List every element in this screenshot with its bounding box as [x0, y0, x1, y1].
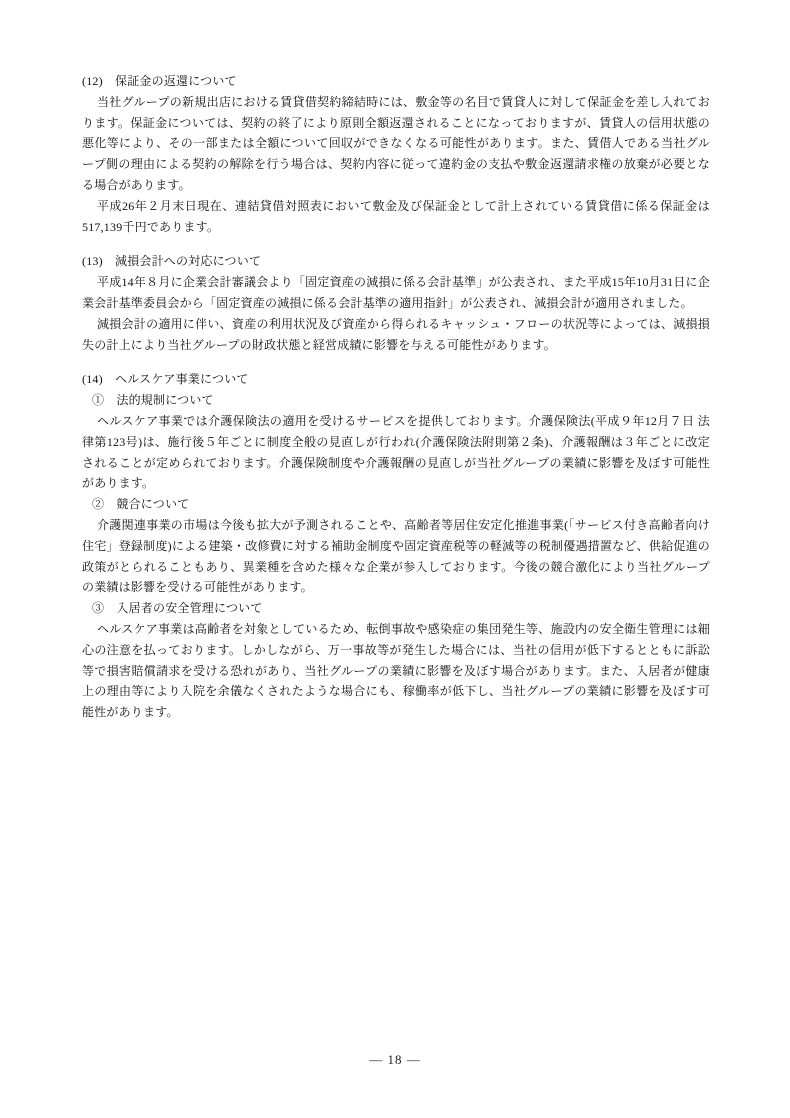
text-line: 律第123号)は、施行後５年ごとに制度全般の見直しが行われ(介護保険法附則第２条…	[82, 432, 710, 453]
text-line: ヘルスケア事業は高齢者を対象としているため、転倒事故や感染症の集団発生等、施設内…	[82, 619, 710, 640]
text-line: 等で損害賠償請求を受ける恐れがあり、当社グループの業績に影響を及ぼす場合がありま…	[82, 661, 710, 682]
text-line: 平成26年２月末日現在、連結貸借対照表において敷金及び保証金として計上されている…	[82, 196, 710, 217]
text-line: 業会計基準委員会から「固定資産の減損に係る会計基準の適用指針」が公表され、減損会…	[82, 293, 710, 314]
text-line: の業績は影響を受ける可能性があります。	[82, 577, 710, 598]
page-number: — 18 —	[369, 1052, 421, 1067]
sub-heading: ① 法的規制について	[82, 390, 710, 411]
text-line: ヘルスケア事業では介護保険法の適用を受けるサービスを提供しております。介護保険法…	[82, 411, 710, 432]
text-line: があります。	[82, 473, 710, 494]
section-heading: (13) 減損会計への対応について	[82, 251, 710, 272]
section-heading: (14) ヘルスケア事業について	[82, 369, 710, 390]
text-line: 当社グループの新規出店における賃貸借契約締結時には、敷金等の名目で賃貸人に対して…	[82, 92, 710, 113]
text-line: 517,139千円であります。	[82, 217, 710, 238]
section-heading: (12) 保証金の返還について	[82, 71, 710, 92]
sub-heading: ③ 入居者の安全管理について	[82, 598, 710, 619]
section-14: (14) ヘルスケア事業について① 法的規制についてヘルスケア事業では介護保険法…	[82, 369, 710, 723]
page-footer: — 18 —	[0, 1052, 790, 1068]
text-line: 上の理由等により入院を余儀なくされたような場合にも、稼働率が低下し、当社グループ…	[82, 681, 710, 702]
text-line: 減損会計の適用に伴い、資産の利用状況及び資産から得られるキャッシュ・フローの状況…	[82, 314, 710, 335]
text-line: 平成14年８月に企業会計審議会より「固定資産の減損に係る会計基準」が公表され、ま…	[82, 272, 710, 293]
text-line: る場合があります。	[82, 175, 710, 196]
section-13: (13) 減損会計への対応について平成14年８月に企業会計審議会より「固定資産の…	[82, 251, 710, 355]
text-line: ープ側の理由による契約の解除を行う場合は、契約内容に従って違約金の支払や敷金返還…	[82, 154, 710, 175]
text-line: 悪化等により、その一部または全額について回収ができなくなる可能性があります。また…	[82, 133, 710, 154]
sub-heading: ② 競合について	[82, 494, 710, 515]
text-line: ります。保証金については、契約の終了により原則全額返還されることになっております…	[82, 113, 710, 134]
text-line: されることが定められております。介護保険制度や介護報酬の見直しが当社グループの業…	[82, 453, 710, 474]
document-page: (12) 保証金の返還について当社グループの新規出店における賃貸借契約締結時には…	[0, 0, 790, 1118]
section-12: (12) 保証金の返還について当社グループの新規出店における賃貸借契約締結時には…	[82, 71, 710, 237]
text-line: 住宅」登録制度)による建築・改修費に対する補助金制度や固定資産税等の軽減等の税制…	[82, 536, 710, 557]
document-body: (12) 保証金の返還について当社グループの新規出店における賃貸借契約締結時には…	[82, 71, 710, 723]
text-line: 失の計上により当社グループの財政状態と経営成績に影響を与える可能性があります。	[82, 335, 710, 356]
text-line: 能性があります。	[82, 702, 710, 723]
text-line: 介護関連事業の市場は今後も拡大が予測されることや、高齢者等居住安定化推進事業(「…	[82, 515, 710, 536]
text-line: 政策がとられることもあり、異業種を含めた様々な企業が参入しております。今後の競合…	[82, 557, 710, 578]
text-line: 心の注意を払っております。しかしながら、万一事故等が発生した場合には、当社の信用…	[82, 640, 710, 661]
